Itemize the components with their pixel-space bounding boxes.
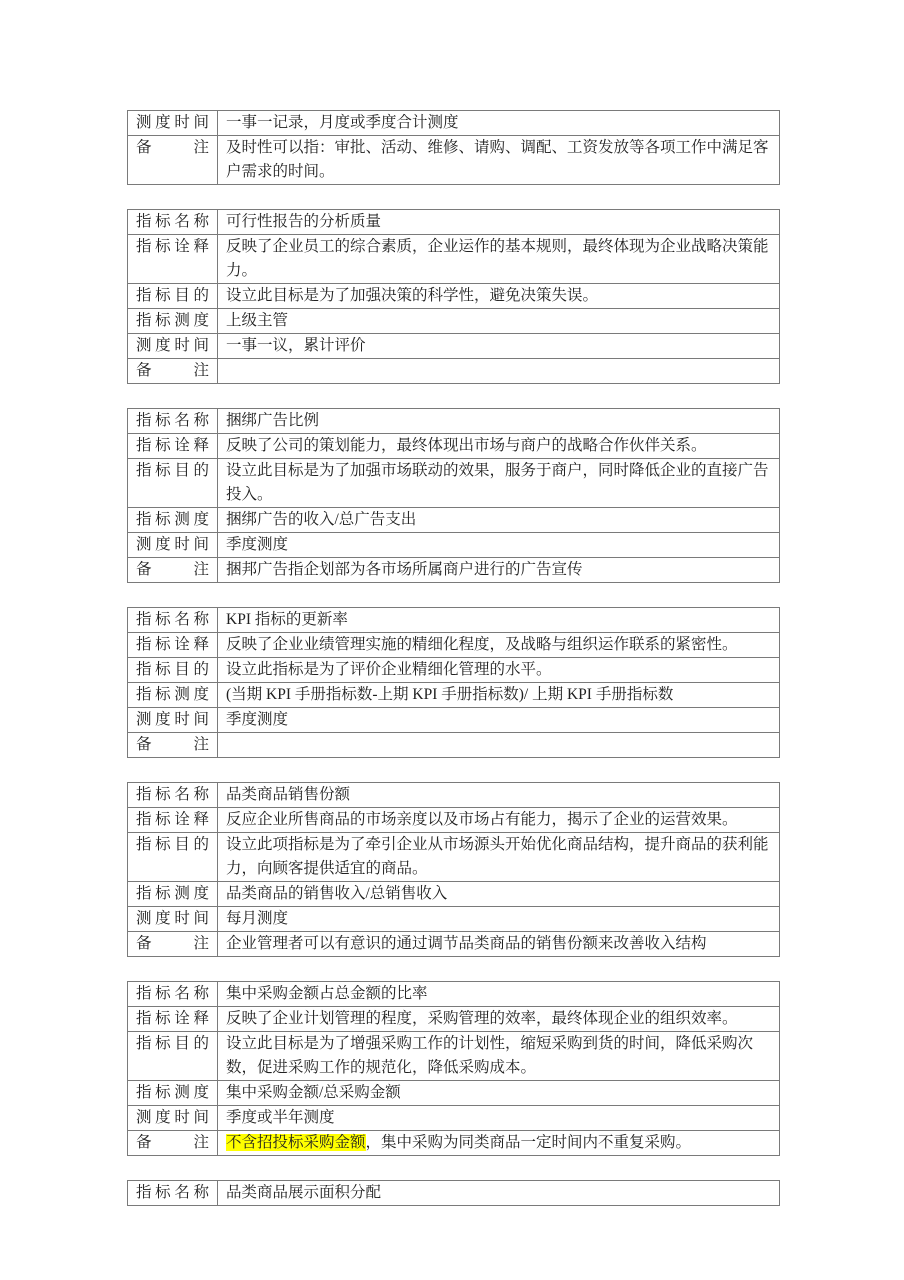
table-row: 指标名称品类商品销售份额: [128, 783, 780, 808]
row-label: 指标诠释: [128, 808, 218, 833]
row-label: 指标测度: [128, 1081, 218, 1106]
row-label: 指标诠释: [128, 235, 218, 284]
row-label: 指标目的: [128, 284, 218, 309]
row-value: 设立此项指标是为了牵引企业从市场源头开始优化商品结构，提升商品的获利能力，向顾客…: [218, 833, 780, 882]
row-value: 反映了企业员工的综合素质，企业运作的基本规则，最终体现为企业战略决策能力。: [218, 235, 780, 284]
table-row: 测度时间季度测度: [128, 708, 780, 733]
indicator-table: 测度时间一事一记录，月度或季度合计测度备注及时性可以指：审批、活动、维修、请购、…: [127, 110, 780, 185]
indicator-table: 指标名称集中采购金额占总金额的比率指标诠释反映了企业计划管理的程度，采购管理的效…: [127, 981, 780, 1156]
row-value: 集中采购金额占总金额的比率: [218, 982, 780, 1007]
row-label: 备注: [128, 733, 218, 758]
table-row: 指标测度(当期 KPI 手册指标数-上期 KPI 手册指标数)/ 上期 KPI …: [128, 683, 780, 708]
table-row: 指标名称集中采购金额占总金额的比率: [128, 982, 780, 1007]
row-label: 备注: [128, 932, 218, 957]
row-label: 指标诠释: [128, 1007, 218, 1032]
table-row: 指标测度品类商品的销售收入/总销售收入: [128, 882, 780, 907]
row-value: 可行性报告的分析质量: [218, 210, 780, 235]
row-label: 指标测度: [128, 882, 218, 907]
table-row: 指标诠释反映了公司的策划能力，最终体现出市场与商户的战略合作伙伴关系。: [128, 434, 780, 459]
row-value: [218, 733, 780, 758]
row-label: 指标诠释: [128, 434, 218, 459]
table-row: 指标目的设立此项指标是为了牵引企业从市场源头开始优化商品结构，提升商品的获利能力…: [128, 833, 780, 882]
table-row: 备注: [128, 359, 780, 384]
row-value: 一事一记录，月度或季度合计测度: [218, 111, 780, 136]
table-row: 指标名称KPI 指标的更新率: [128, 608, 780, 633]
row-label: 备注: [128, 558, 218, 583]
row-value: 及时性可以指：审批、活动、维修、请购、调配、工资发放等各项工作中满足客户需求的时…: [218, 136, 780, 185]
table-row: 指标诠释反映了企业员工的综合素质，企业运作的基本规则，最终体现为企业战略决策能力…: [128, 235, 780, 284]
row-label: 指标目的: [128, 658, 218, 683]
row-value: 一事一议，累计评价: [218, 334, 780, 359]
row-value: 设立此目标是为了加强决策的科学性，避免决策失误。: [218, 284, 780, 309]
row-value: 反映了企业业绩管理实施的精细化程度，及战略与组织运作联系的紧密性。: [218, 633, 780, 658]
row-label: 指标名称: [128, 1181, 218, 1206]
row-label: 指标目的: [128, 833, 218, 882]
row-value: (当期 KPI 手册指标数-上期 KPI 手册指标数)/ 上期 KPI 手册指标…: [218, 683, 780, 708]
row-value: 反映了企业计划管理的程度，采购管理的效率，最终体现企业的组织效率。: [218, 1007, 780, 1032]
row-label: 测度时间: [128, 907, 218, 932]
row-label: 备注: [128, 359, 218, 384]
document-page: { "page": { "background": "#ffffff", "te…: [0, 0, 904, 1280]
table-row: 备注企业管理者可以有意识的通过调节品类商品的销售份额来改善收入结构: [128, 932, 780, 957]
row-value: 品类商品销售份额: [218, 783, 780, 808]
row-value: 反映了公司的策划能力，最终体现出市场与商户的战略合作伙伴关系。: [218, 434, 780, 459]
tables-container: 测度时间一事一记录，月度或季度合计测度备注及时性可以指：审批、活动、维修、请购、…: [127, 110, 780, 1206]
row-label: 指标测度: [128, 309, 218, 334]
row-label: 指标名称: [128, 409, 218, 434]
row-value: 反应企业所售商品的市场亲度以及市场占有能力，揭示了企业的运营效果。: [218, 808, 780, 833]
row-label: 指标目的: [128, 1032, 218, 1081]
table-row: 指标目的设立此指标是为了评价企业精细化管理的水平。: [128, 658, 780, 683]
row-value: [218, 359, 780, 384]
row-label: 备注: [128, 136, 218, 185]
table-row: 指标测度捆绑广告的收入/总广告支出: [128, 508, 780, 533]
row-value: 捆邦广告指企划部为各市场所属商户进行的广告宣传: [218, 558, 780, 583]
table-row: 指标测度集中采购金额/总采购金额: [128, 1081, 780, 1106]
row-value: KPI 指标的更新率: [218, 608, 780, 633]
table-row: 备注及时性可以指：审批、活动、维修、请购、调配、工资发放等各项工作中满足客户需求…: [128, 136, 780, 185]
table-row: 指标目的设立此目标是为了加强市场联动的效果，服务于商户，同时降低企业的直接广告投…: [128, 459, 780, 508]
table-row: 备注捆邦广告指企划部为各市场所属商户进行的广告宣传: [128, 558, 780, 583]
table-row: 指标名称可行性报告的分析质量: [128, 210, 780, 235]
row-label: 指标名称: [128, 982, 218, 1007]
row-value: 捆绑广告比例: [218, 409, 780, 434]
table-row: 测度时间每月测度: [128, 907, 780, 932]
row-label: 指标名称: [128, 210, 218, 235]
row-value: 设立此目标是为了加强市场联动的效果，服务于商户，同时降低企业的直接广告投入。: [218, 459, 780, 508]
row-value: 不含招投标采购金额，集中采购为同类商品一定时间内不重复采购。: [218, 1131, 780, 1156]
row-label: 测度时间: [128, 1106, 218, 1131]
indicator-table: 指标名称捆绑广告比例指标诠释反映了公司的策划能力，最终体现出市场与商户的战略合作…: [127, 408, 780, 583]
table-row: 指标测度上级主管: [128, 309, 780, 334]
row-label: 指标目的: [128, 459, 218, 508]
row-value: 集中采购金额/总采购金额: [218, 1081, 780, 1106]
row-label: 测度时间: [128, 111, 218, 136]
row-label: 测度时间: [128, 334, 218, 359]
indicator-table: 指标名称KPI 指标的更新率指标诠释反映了企业业绩管理实施的精细化程度，及战略与…: [127, 607, 780, 758]
row-value: 季度测度: [218, 533, 780, 558]
row-label: 指标名称: [128, 608, 218, 633]
plain-text: ，集中采购为同类商品一定时间内不重复采购。: [366, 1134, 692, 1151]
row-value: 企业管理者可以有意识的通过调节品类商品的销售份额来改善收入结构: [218, 932, 780, 957]
indicator-table: 指标名称品类商品销售份额指标诠释反应企业所售商品的市场亲度以及市场占有能力，揭示…: [127, 782, 780, 957]
table-row: 指标诠释反映了企业业绩管理实施的精细化程度，及战略与组织运作联系的紧密性。: [128, 633, 780, 658]
table-row: 测度时间一事一记录，月度或季度合计测度: [128, 111, 780, 136]
row-label: 备注: [128, 1131, 218, 1156]
row-value: 上级主管: [218, 309, 780, 334]
row-value: 季度测度: [218, 708, 780, 733]
row-label: 指标测度: [128, 508, 218, 533]
table-row: 指标诠释反应企业所售商品的市场亲度以及市场占有能力，揭示了企业的运营效果。: [128, 808, 780, 833]
table-row: 测度时间季度测度: [128, 533, 780, 558]
row-value: 设立此指标是为了评价企业精细化管理的水平。: [218, 658, 780, 683]
row-label: 测度时间: [128, 533, 218, 558]
document-body: 测度时间一事一记录，月度或季度合计测度备注及时性可以指：审批、活动、维修、请购、…: [127, 110, 780, 1230]
table-row: 备注不含招投标采购金额，集中采购为同类商品一定时间内不重复采购。: [128, 1131, 780, 1156]
row-value: 季度或半年测度: [218, 1106, 780, 1131]
row-value: 品类商品展示面积分配: [218, 1181, 780, 1206]
row-label: 指标名称: [128, 783, 218, 808]
row-value: 设立此目标是为了增强采购工作的计划性，缩短采购到货的时间，降低采购次数，促进采购…: [218, 1032, 780, 1081]
highlighted-text: 不含招投标采购金额: [226, 1134, 366, 1151]
indicator-table: 指标名称品类商品展示面积分配: [127, 1180, 780, 1206]
table-row: 指标名称捆绑广告比例: [128, 409, 780, 434]
row-label: 指标测度: [128, 683, 218, 708]
table-row: 备注: [128, 733, 780, 758]
row-label: 指标诠释: [128, 633, 218, 658]
row-value: 品类商品的销售收入/总销售收入: [218, 882, 780, 907]
indicator-table: 指标名称可行性报告的分析质量指标诠释反映了企业员工的综合素质，企业运作的基本规则…: [127, 209, 780, 384]
table-row: 测度时间一事一议，累计评价: [128, 334, 780, 359]
table-row: 指标目的设立此目标是为了加强决策的科学性，避免决策失误。: [128, 284, 780, 309]
row-label: 测度时间: [128, 708, 218, 733]
row-value: 捆绑广告的收入/总广告支出: [218, 508, 780, 533]
table-row: 指标诠释反映了企业计划管理的程度，采购管理的效率，最终体现企业的组织效率。: [128, 1007, 780, 1032]
row-value: 每月测度: [218, 907, 780, 932]
table-row: 指标目的设立此目标是为了增强采购工作的计划性，缩短采购到货的时间，降低采购次数，…: [128, 1032, 780, 1081]
table-row: 指标名称品类商品展示面积分配: [128, 1181, 780, 1206]
table-row: 测度时间季度或半年测度: [128, 1106, 780, 1131]
